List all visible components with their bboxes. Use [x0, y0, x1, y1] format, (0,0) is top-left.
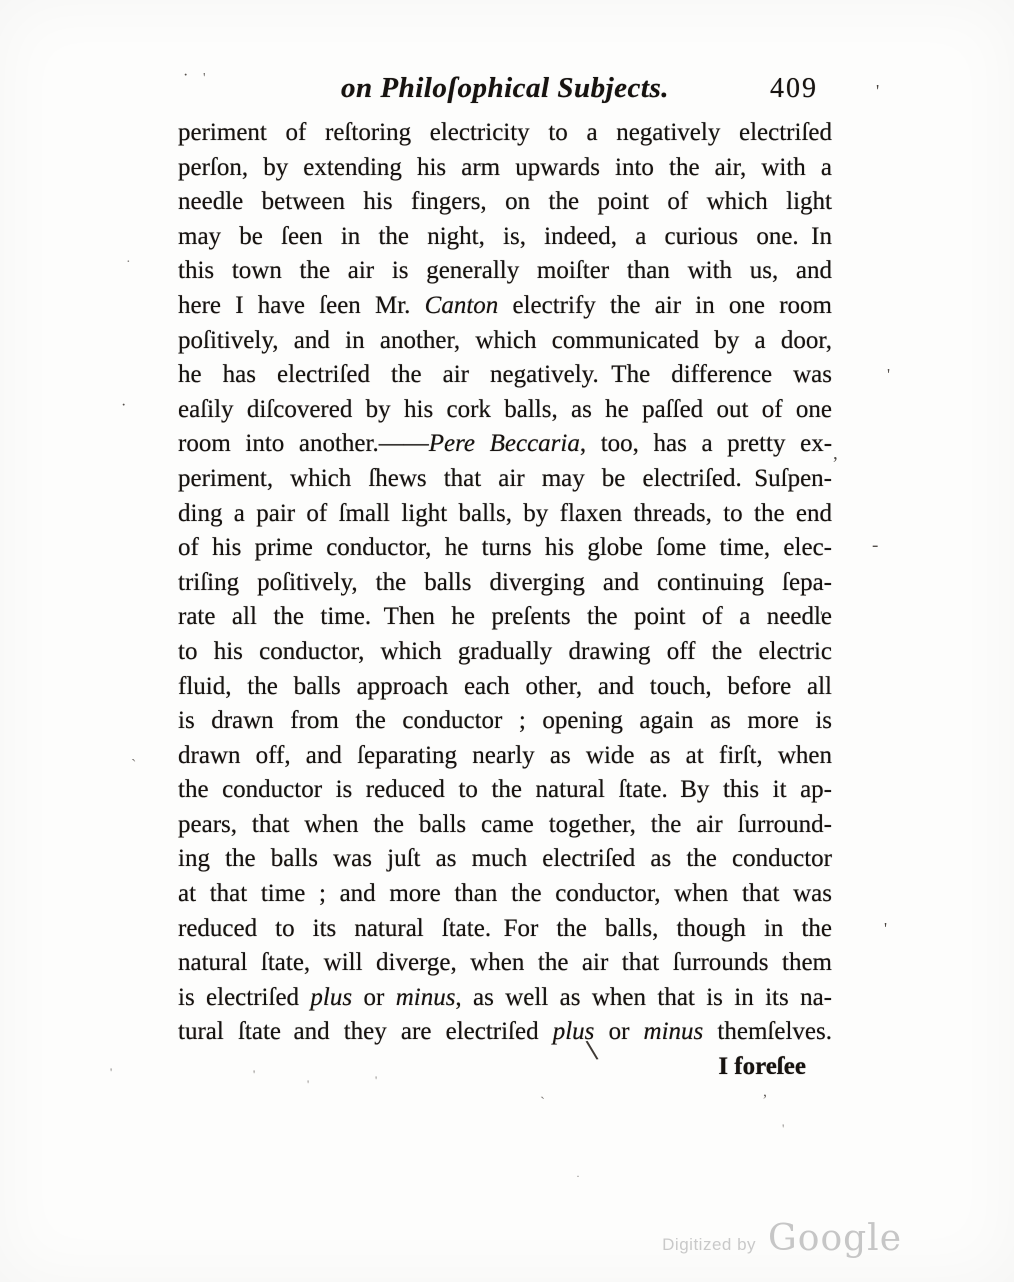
page-header: on Philoſophical Subjects. 409: [178, 72, 832, 110]
scan-speck: ': [876, 82, 879, 100]
text-line: pears, that when the balls came together…: [178, 808, 832, 843]
google-logo: Google: [768, 1218, 902, 1259]
digitized-by-label: Digitized by: [662, 1235, 756, 1255]
text-run: , as well as when that is in its na-: [455, 984, 832, 1011]
text-line: poſitively, and in another, which commun…: [178, 324, 832, 359]
text-line: the conductor is reduced to the natural …: [178, 773, 832, 808]
text-line: here I have ſeen Mr. Canton electrify th…: [178, 289, 832, 324]
text-run: electrify the air in one room: [498, 292, 832, 319]
text-run: is electriſed: [178, 984, 310, 1011]
scan-speck: ': [782, 1122, 784, 1135]
text-run: or: [594, 1018, 643, 1045]
text-run: to his conductor, which gradually drawin…: [178, 638, 832, 665]
text-run: or: [352, 984, 396, 1011]
text-run: eaſily diſcovered by his cork balls, as …: [178, 396, 832, 423]
scan-speck: ': [884, 920, 887, 937]
text-line: of his prime conductor, he turns his glo…: [178, 531, 832, 566]
text-run: at that time ; and more than the conduct…: [178, 880, 832, 907]
italic-text-run: plus: [310, 984, 352, 1011]
text-run: this town the air is generally moiſter t…: [178, 257, 832, 284]
google-watermark: Digitized by Google: [662, 1218, 902, 1259]
text-run: here I have ſeen Mr.: [178, 292, 425, 319]
text-line: fluid, the balls approach each other, an…: [178, 670, 832, 705]
text-run: fluid, the balls approach each other, an…: [178, 673, 832, 700]
text-line: he has electriſed the air negatively. Th…: [178, 358, 832, 393]
text-run: drawn off, and ſeparating nearly as wide…: [178, 742, 832, 769]
text-line: tural ſtate and they are electriſed plus…: [178, 1015, 832, 1050]
italic-text-run: Pere Beccaria: [429, 430, 580, 457]
text-run: pears, that when the balls came together…: [178, 811, 832, 838]
scan-speck: ': [887, 366, 890, 383]
text-run: of his prime conductor, he turns his glo…: [178, 534, 832, 561]
text-line: periment of reſtoring electricity to a n…: [178, 116, 832, 151]
catchword: I foreſee: [178, 1050, 832, 1085]
text-line: ing the balls was juſt as much electriſe…: [178, 842, 832, 877]
text-run: reduced to its natural ſtate. For the ba…: [178, 915, 832, 942]
text-line: triſing poſitively, the balls diverging …: [178, 566, 832, 601]
text-line: needle between his fingers, on the point…: [178, 185, 832, 220]
book-page: on Philoſophical Subjects. 409 periment …: [0, 0, 1014, 1282]
text-run: natural ſtate, will diverge, when the ai…: [178, 949, 832, 976]
text-line: to his conductor, which gradually drawin…: [178, 635, 832, 670]
text-run: periment, which ſhews that air may be el…: [178, 465, 832, 492]
text-run: , too, has a pretty ex-: [580, 430, 832, 457]
text-run: rate all the time. Then he preſents the …: [178, 603, 832, 630]
text-run: needle between his fingers, on the point…: [178, 188, 832, 215]
text-line: reduced to its natural ſtate. For the ba…: [178, 912, 832, 947]
text-line: natural ſtate, will diverge, when the ai…: [178, 946, 832, 981]
text-run: themſelves.: [703, 1018, 832, 1045]
text-line: may be ſeen in the night, is, indeed, a …: [178, 220, 832, 255]
text-run: periment of reſtoring electricity to a n…: [178, 119, 832, 146]
scan-speck: `: [540, 1096, 545, 1111]
text-run: may be ſeen in the night, is, indeed, a …: [178, 223, 832, 250]
text-run: perſon, by extending his arm upwards int…: [178, 154, 832, 181]
text-line: is electriſed plus or minus, as well as …: [178, 981, 832, 1016]
text-line: at that time ; and more than the conduct…: [178, 877, 832, 912]
italic-text-run: minus: [644, 1018, 704, 1045]
scan-speck: ·: [126, 256, 131, 270]
scan-speck: -: [872, 536, 878, 555]
scan-speck: ·: [121, 398, 126, 414]
scan-speck: ·: [576, 1170, 580, 1182]
text-run: is drawn from the conductor ; opening ag…: [178, 707, 832, 734]
page-number: 409: [770, 73, 818, 105]
text-run: ing the balls was juſt as much electriſe…: [178, 845, 832, 872]
scan-speck: ,: [833, 444, 838, 463]
italic-text-run: Canton: [425, 292, 499, 319]
text-line: eaſily diſcovered by his cork balls, as …: [178, 393, 832, 428]
text-line: periment, which ſhews that air may be el…: [178, 462, 832, 497]
text-line: perſon, by extending his arm upwards int…: [178, 151, 832, 186]
scan-speck: ': [110, 1066, 112, 1078]
text-line: drawn off, and ſeparating nearly as wide…: [178, 739, 832, 774]
scan-speck: ,: [763, 1084, 767, 1100]
text-line: ding a pair of ſmall light balls, by fla…: [178, 497, 832, 532]
text-line: room into another.——Pere Beccaria, too, …: [178, 427, 832, 462]
text-run: poſitively, and in another, which commun…: [178, 327, 832, 354]
italic-text-run: minus: [396, 984, 456, 1011]
text-run: triſing poſitively, the balls diverging …: [178, 569, 832, 596]
text-line: is drawn from the conductor ; opening ag…: [178, 704, 832, 739]
body-text: periment of reſtoring electricity to a n…: [178, 116, 832, 1050]
text-run: ding a pair of ſmall light balls, by fla…: [178, 500, 832, 527]
running-title: on Philoſophical Subjects.: [178, 72, 832, 105]
text-run: he has electriſed the air negatively. Th…: [178, 361, 832, 388]
text-run: the conductor is reduced to the natural …: [178, 776, 832, 803]
scan-speck: `: [131, 758, 136, 774]
text-run: tural ſtate and they are electriſed: [178, 1018, 553, 1045]
text-line: this town the air is generally moiſter t…: [178, 254, 832, 289]
italic-text-run: plus: [553, 1018, 595, 1045]
text-run: room into another.——: [178, 430, 429, 457]
text-line: rate all the time. Then he preſents the …: [178, 600, 832, 635]
